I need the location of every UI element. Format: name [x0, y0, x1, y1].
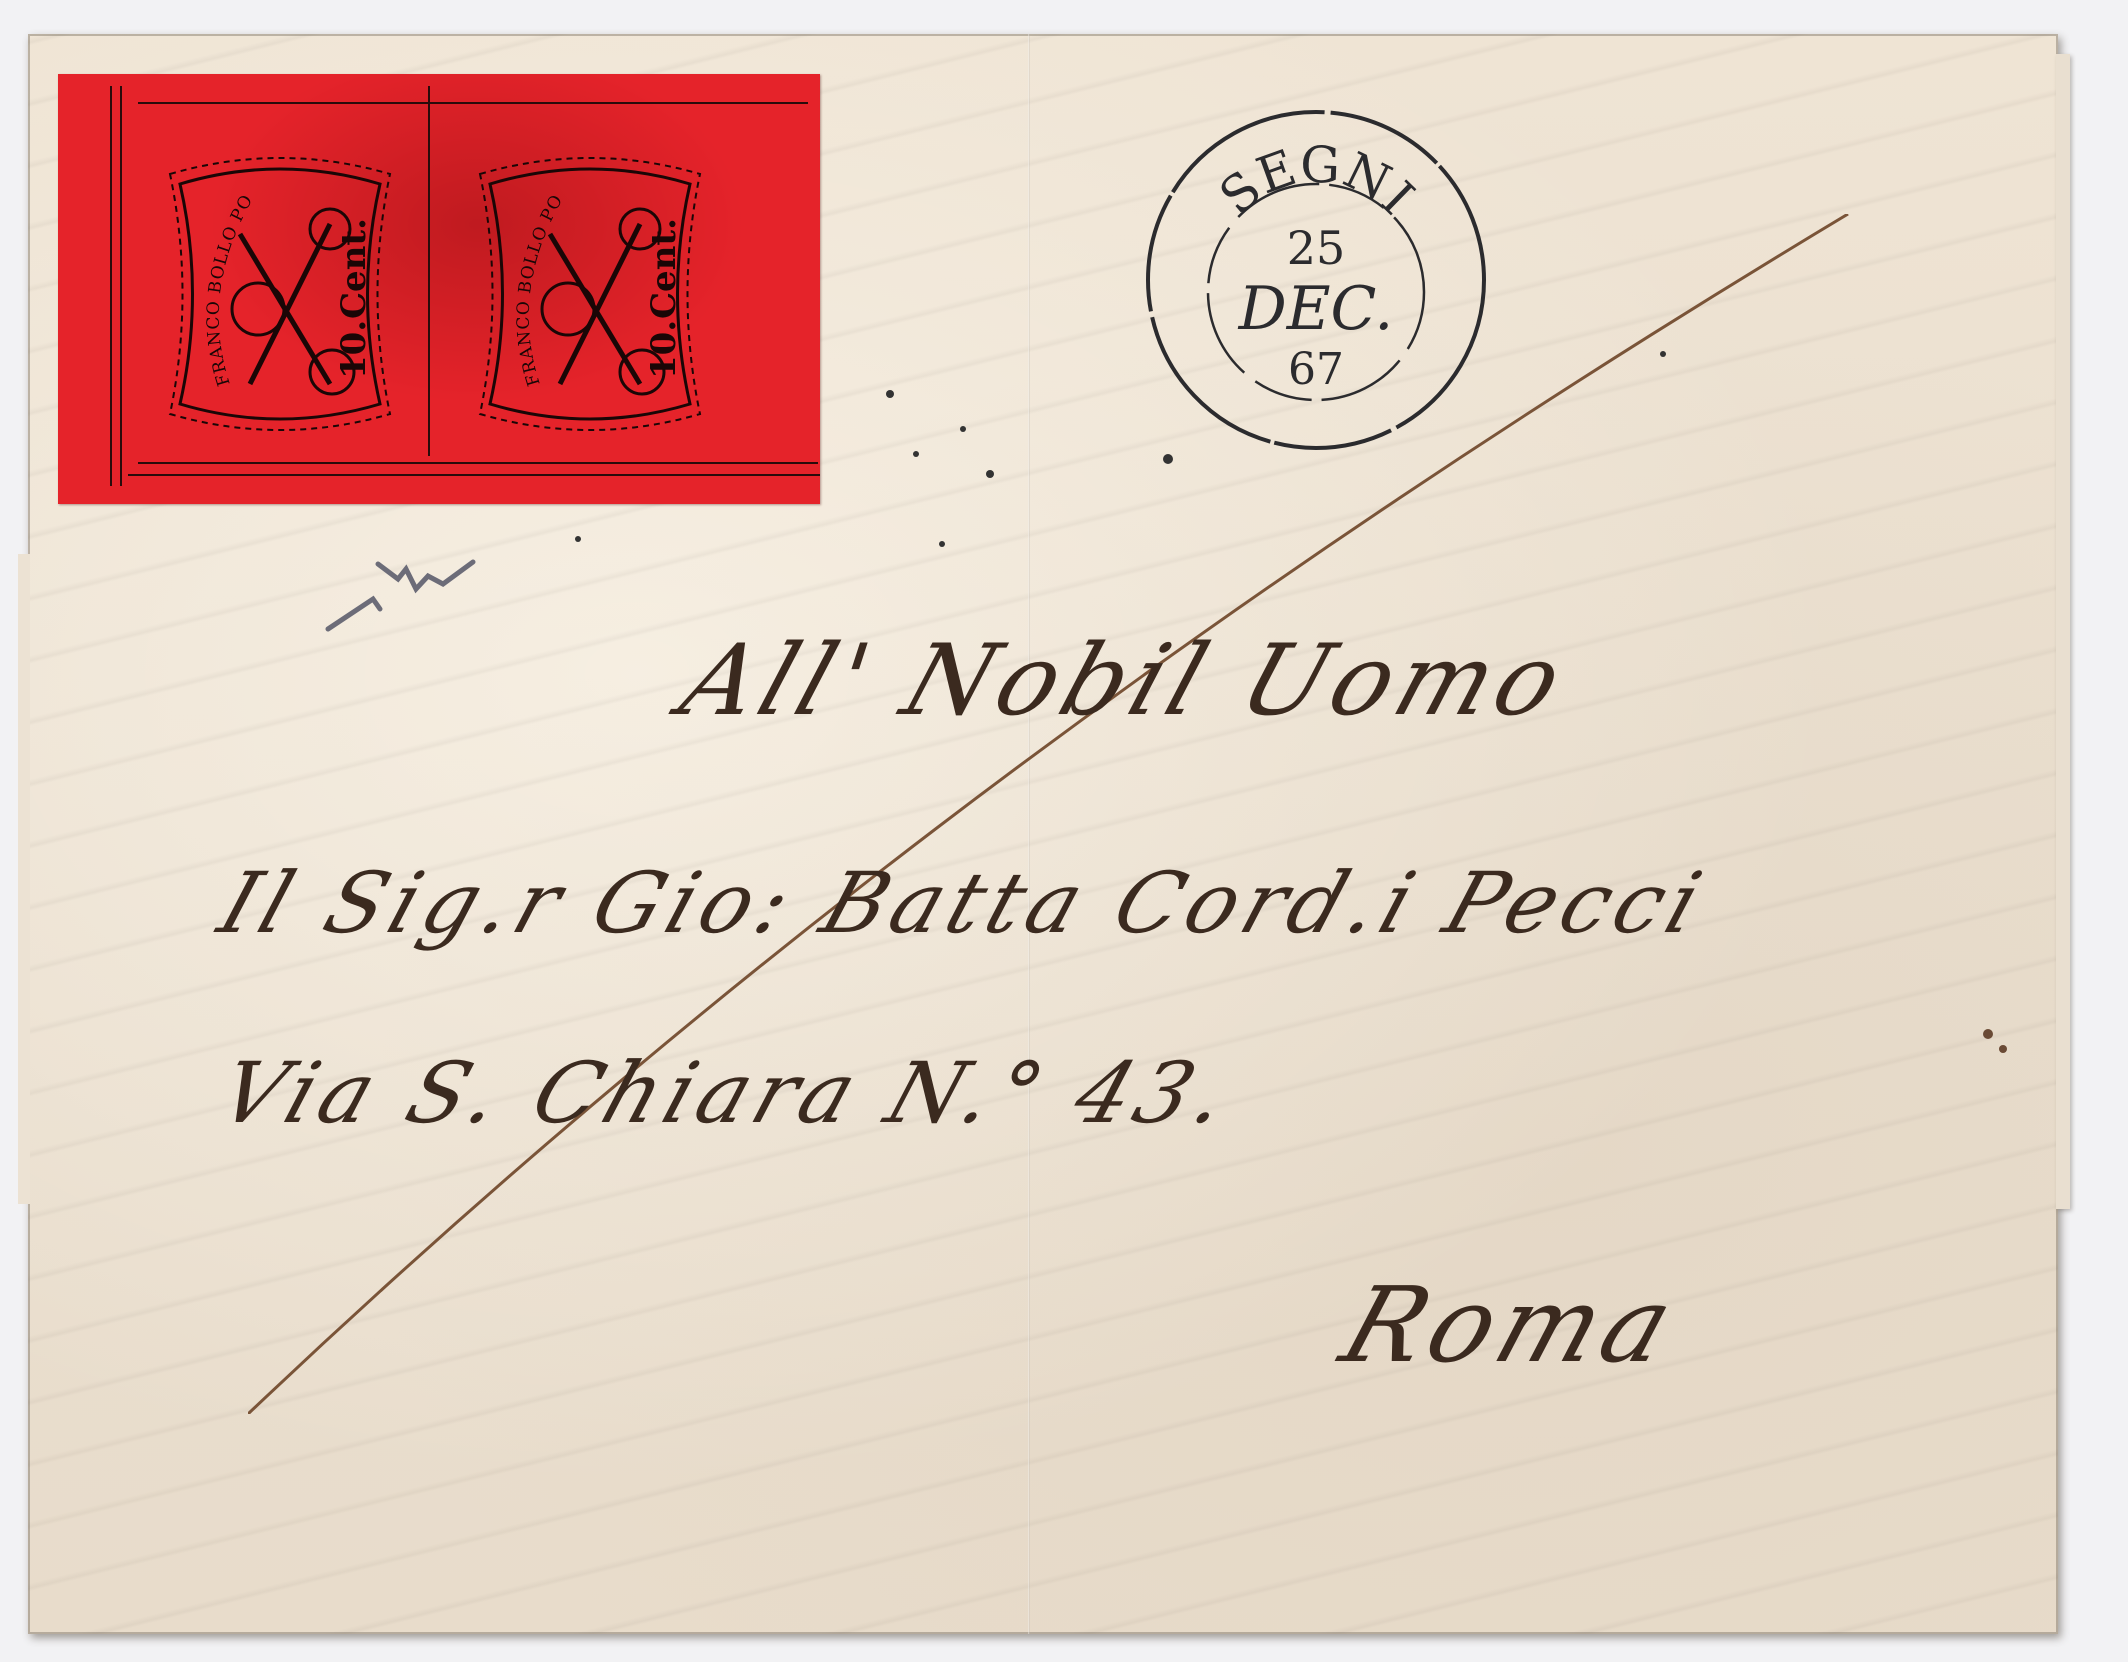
address-line-3: Via S. Chiara N.° 43. [208, 1044, 1246, 1142]
address-block: All' Nobil Uomo Il Sig.r Gio: Batta Cord… [28, 34, 2058, 1634]
postal-cover: FRANCO BOLLO POSTALE 10. Cent. FRANCO [28, 34, 2058, 1634]
address-line-1: All' Nobil Uomo [668, 624, 1581, 738]
address-line-2: Il Sig.r Gio: Batta Cord.i Pecci [208, 854, 1718, 952]
cover-flap-right [2056, 54, 2070, 1209]
address-city: Roma [1328, 1264, 1693, 1386]
